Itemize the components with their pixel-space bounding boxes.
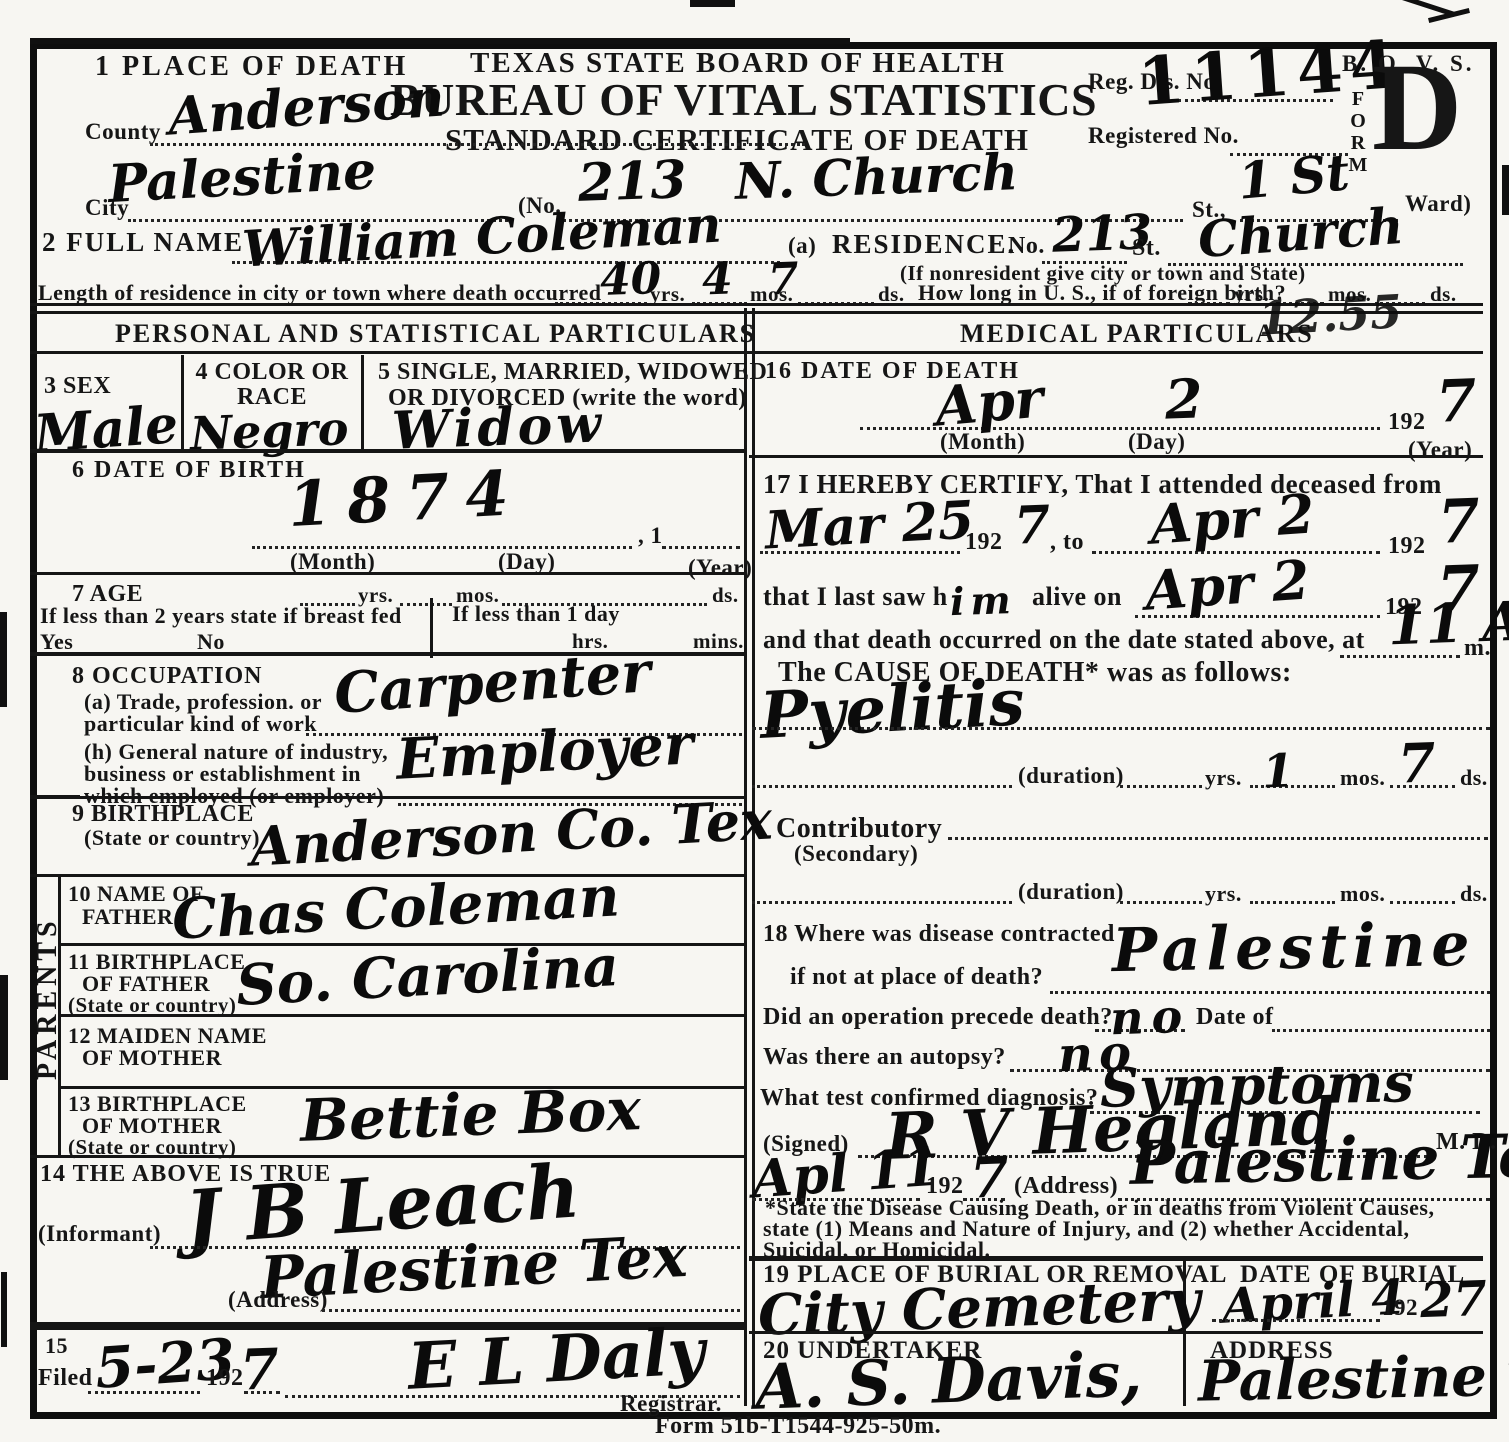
autopsy-question: Was there an autopsy? [763, 1045, 1006, 1070]
street-value: N. Church [734, 147, 1019, 207]
contracted-label: 18 Where was disease contracted [763, 922, 1115, 947]
cause-value: Pyelitis [759, 671, 1027, 749]
occurred-text: and that death occurred on the date stat… [763, 626, 1365, 653]
year-prefix: 192 [1388, 410, 1426, 435]
month-label: (Month) [290, 550, 375, 574]
scan-artifact [0, 975, 8, 1080]
fullname-label: 2 FULL NAME [42, 228, 244, 256]
address-label: (Address) [228, 1288, 328, 1312]
yes-label: Yes [40, 630, 73, 653]
no-label: No [197, 630, 225, 653]
month-label: (Month) [940, 430, 1025, 454]
form-letter: D [1372, 46, 1463, 171]
scan-artifact [0, 612, 7, 707]
sex-label: 3 SEX [44, 374, 111, 399]
day-label: (Day) [498, 550, 555, 574]
mins-label: mins. [693, 630, 744, 652]
rule [30, 449, 744, 453]
yrs-label: yrs. [650, 283, 685, 305]
mother-bp-label: OF MOTHER [82, 1114, 222, 1137]
ds-label: ds. [1460, 766, 1488, 789]
to-year-value: 7 [1437, 491, 1481, 552]
dotted-line [760, 548, 960, 554]
father-bp-label: OF FATHER [82, 972, 210, 995]
from-year-value: 7 [1013, 499, 1051, 552]
occupation-a-label: particular kind of work [84, 712, 317, 735]
registered-no-label: Registered No. [1088, 124, 1239, 148]
personal-section-title: PERSONAL AND STATISTICAL PARTICULARS [115, 320, 675, 347]
rule [58, 1014, 744, 1017]
cell-divider [430, 598, 433, 658]
mother-bp-label: 13 BIRTHPLACE [68, 1092, 247, 1115]
occupation-a-label: (a) Trade, profession. or [84, 690, 322, 713]
rule [30, 572, 744, 578]
duration-label: (duration) [1018, 764, 1124, 788]
rule [30, 351, 1483, 357]
bureau-title: BUREAU OF VITAL STATISTICS [390, 76, 1055, 124]
duration-label: (duration) [1018, 880, 1124, 904]
comma-one: , 1 [638, 524, 663, 548]
cell-divider [181, 355, 184, 452]
howlong-label: How long in U. S., if of foreign birth? [918, 281, 1286, 304]
day-label: (Day) [1128, 430, 1185, 454]
yrs-label: yrs. [1205, 882, 1242, 905]
year-prefix: 192 [965, 530, 1003, 555]
mother-name-label: 12 MAIDEN NAME [68, 1024, 267, 1047]
m-label: m. [1464, 636, 1491, 661]
mos-label: mos. [1340, 766, 1385, 789]
dotted-line [322, 1306, 740, 1312]
residence-mos-value: 4 [701, 257, 733, 302]
duration-ds-value: 7 [1397, 735, 1436, 790]
time-annotation: 12.55 [1257, 288, 1403, 341]
attended-to-value: Apr 2 [1148, 486, 1316, 551]
industry-value: Employer [395, 716, 695, 787]
marital-label: 5 SINGLE, MARRIED, WIDOWED [378, 360, 767, 385]
year-prefix: 192 [1388, 534, 1426, 559]
year-prefix: 192 [206, 1366, 244, 1391]
mother-bp-value: Bettie Box [299, 1080, 642, 1150]
birthplace-label: 9 BIRTHPLACE [72, 802, 254, 827]
certify-text: 17 I HEREBY CERTIFY, That I attended dec… [763, 470, 1442, 498]
contracted-label: if not at place of death? [790, 965, 1043, 990]
rule [749, 1331, 1483, 1334]
dotted-line [948, 834, 1488, 840]
occupation-b-label: (h) General nature of industry, [84, 740, 388, 763]
ds-label: ds. [1460, 882, 1488, 905]
residence-ds-value: 7 [767, 257, 799, 302]
ward-label: Ward) [1405, 192, 1471, 216]
undertaker-value: A. S. Davis, [754, 1343, 1143, 1418]
residence-label: RESIDENCE. [832, 230, 1016, 258]
medical-section-title: MEDICAL PARTICULARS [960, 320, 1290, 347]
rule [30, 1155, 744, 1158]
year-prefix: 192 [1382, 1296, 1418, 1320]
undertaker-address-value: Palestine Tex [1198, 1346, 1509, 1409]
scan-artifact [690, 0, 735, 7]
saw-date-value: Apr 2 [1143, 552, 1311, 617]
residence-st-label: St. [1132, 236, 1161, 261]
duration-mos-value: 1 [1261, 747, 1295, 794]
residence-street-value: Church [1197, 201, 1406, 265]
dotted-line [1250, 898, 1335, 904]
dotted-line [1120, 782, 1202, 788]
contributory-label: Contributory [776, 814, 942, 843]
dotted-line [662, 543, 740, 549]
secondary-label: (Secondary) [794, 842, 918, 866]
contracted-place-value: Palestine [1112, 915, 1476, 981]
race-label: 4 COLOR OR [192, 360, 352, 385]
dotted-line [752, 724, 1490, 730]
dotted-line [1272, 1026, 1490, 1032]
ds-label: ds. [712, 584, 739, 606]
dotted-line [400, 600, 452, 606]
rule [749, 455, 1483, 461]
death-certificate-scan: 1 PLACE OF DEATH TEXAS STATE BOARD OF HE… [0, 0, 1509, 1442]
dod-year-value: 7 [1435, 371, 1477, 430]
dotted-line [1212, 1316, 1380, 1322]
ds-label: ds. [1430, 283, 1457, 305]
form-number: Form 51b-T1544-925-50m. [655, 1414, 941, 1439]
registrar-signature: E L Daly [407, 1320, 707, 1399]
dob-label: 6 DATE OF BIRTH [72, 458, 306, 483]
filed-label: Filed [38, 1366, 93, 1391]
lessday-note: If less than 1 day [452, 602, 620, 625]
burial-date-value: April 4 [1221, 1273, 1406, 1330]
physician-address-value: Palestine Tex [1130, 1126, 1509, 1194]
scan-artifact [1, 1272, 7, 1347]
state-country-label: (State or country) [84, 826, 260, 849]
residence-no-label: No. [1008, 234, 1045, 259]
dotted-line [1120, 898, 1202, 904]
occupation-b-label: business or establishment in [84, 762, 361, 785]
state-country-label: (State or country) [68, 994, 236, 1016]
city-value: Palestine [107, 145, 378, 211]
mos-label: mos. [1340, 882, 1385, 905]
breastfed-note: If less than 2 years state if breast fed [40, 604, 402, 627]
ds-label: ds. [878, 283, 905, 305]
dotted-line [1390, 898, 1455, 904]
lastsaw-text: alive on [1032, 583, 1122, 610]
cell-divider [361, 355, 364, 452]
him-scribble: im [949, 581, 1017, 621]
father-name-label: FATHER [82, 905, 173, 928]
ward-value: 1 St [1236, 147, 1351, 207]
scan-artifact [30, 38, 850, 44]
dod-month-value: Apr [933, 370, 1045, 433]
scan-artifact [1502, 165, 1509, 215]
father-bp-label: 11 BIRTHPLACE [68, 950, 245, 973]
dod-day-value: 2 [1164, 371, 1203, 426]
yrs-label: yrs. [1205, 766, 1242, 789]
occupation-label: 8 OCCUPATION [72, 664, 262, 689]
informant-label: (Informant) [38, 1222, 161, 1246]
column-divider [744, 308, 755, 1406]
lastsaw-text: that I last saw h [763, 583, 948, 610]
field-15-label: 15 [45, 1334, 68, 1357]
dotted-line [752, 782, 1012, 788]
dotted-line [752, 898, 1012, 904]
to-label: , to [1050, 530, 1084, 555]
burial-year-value: 27 [1419, 1275, 1487, 1325]
dob-value: 1874 [287, 462, 526, 536]
length-residence-label: Length of residence in city or town wher… [38, 281, 601, 304]
dateof-label: Date of [1196, 1005, 1273, 1030]
mother-name-label: OF MOTHER [82, 1046, 222, 1069]
filed-year-value: 7 [239, 1341, 280, 1398]
